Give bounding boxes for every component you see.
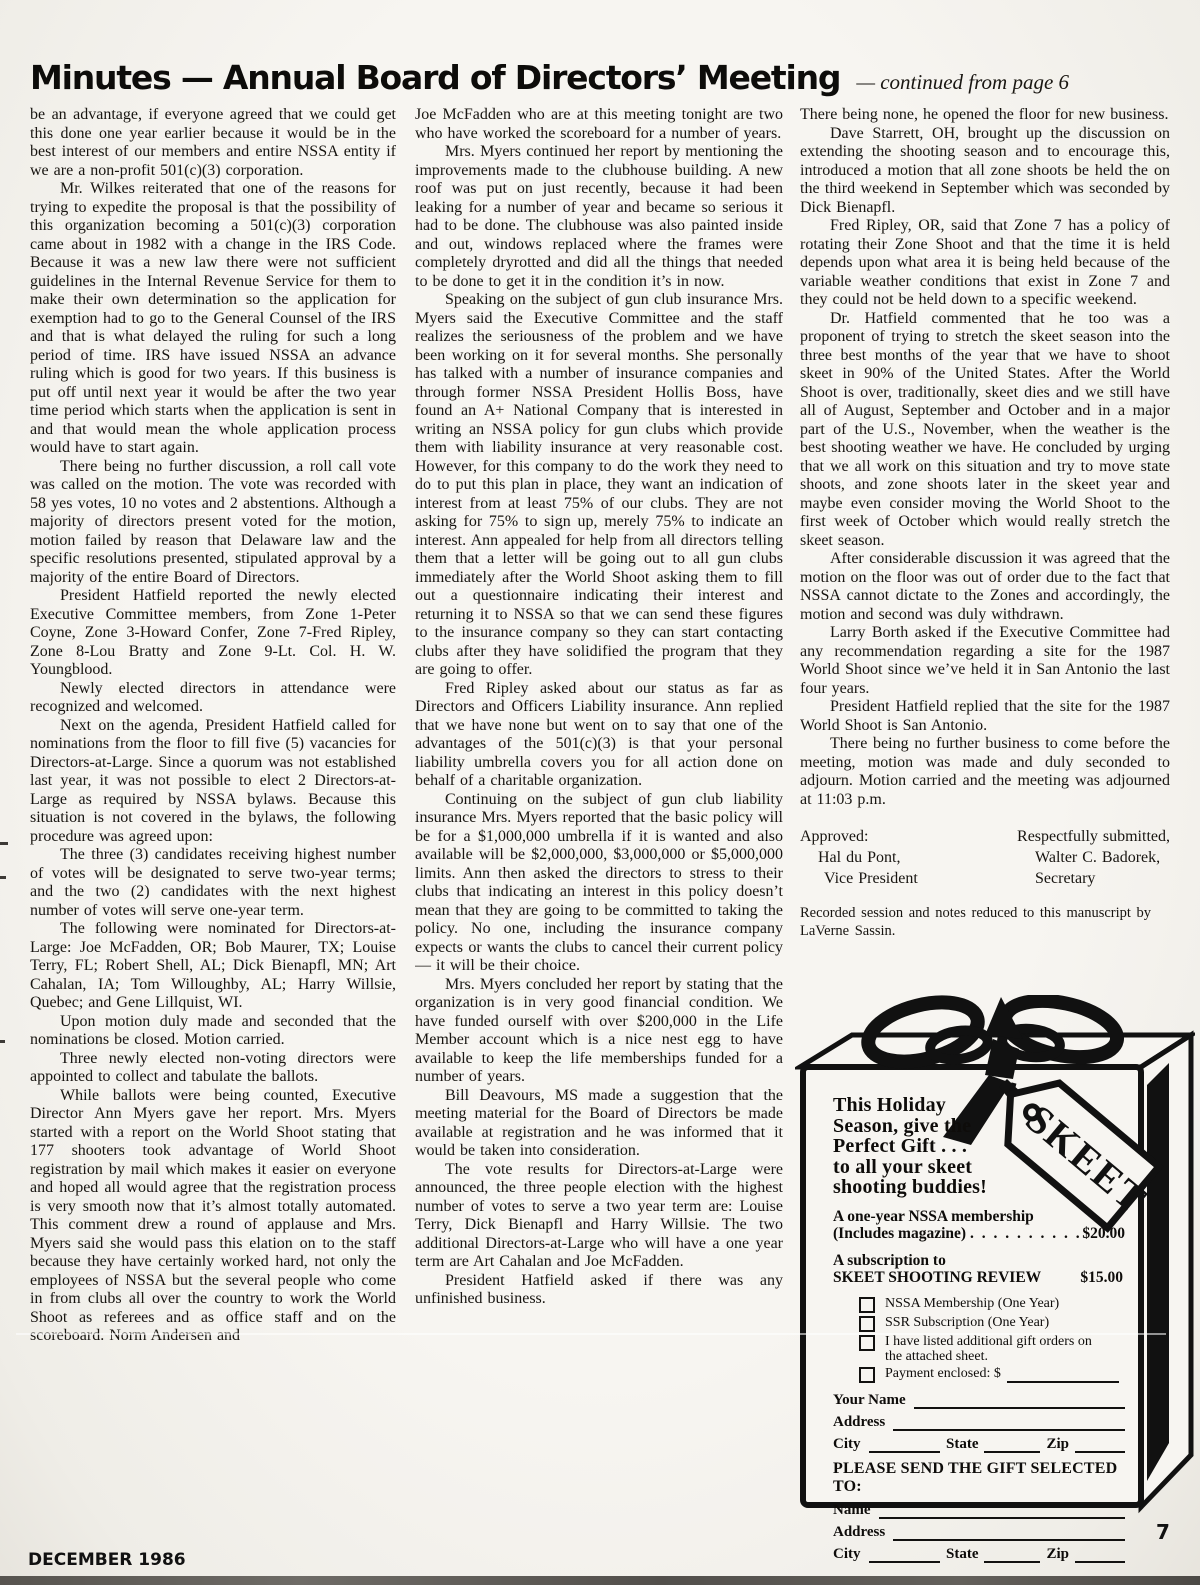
form-row: Name [833,1502,1125,1519]
dot-leader: . . . . . . . . . . . . . [966,1225,1082,1242]
zip-label: Zip [1040,1436,1075,1453]
payment-amount-line [1007,1366,1119,1383]
recipient-zip-label: Zip [1040,1546,1075,1563]
zip-line [1075,1438,1125,1453]
offer-title: A one-year NSSA membership [833,1208,1125,1225]
paragraph: While ballots were being counted, Execut… [30,1087,396,1346]
your-name-label: Your Name [833,1392,914,1409]
paragraph: Mrs. Myers concluded her report by stati… [415,976,783,1087]
form-row: Address [833,1414,1125,1431]
approved-block: Approved: Hal du Pont, Vice President [800,826,918,889]
subscription-offer: A subscription to SKEET SHOOTING REVIEW … [833,1252,1125,1286]
city-label: City [833,1436,869,1453]
paragraph: Three newly elected non-voting directors… [30,1050,396,1087]
paragraph: There being no further discussion, a rol… [30,458,396,588]
paragraph: President Hatfield replied that the site… [800,698,1170,735]
paragraph: The vote results for Directors-at-Large … [415,1161,783,1272]
form-row: Address [833,1524,1125,1541]
checkbox-icon [859,1367,875,1383]
manuscript-note: Recorded session and notes reduced to th… [800,904,1170,940]
address-label: Address [833,1414,893,1431]
column-1: be an advantage, if everyone agreed that… [30,106,396,1536]
approved-name: Hal du Pont, [800,847,918,868]
submitted-title: Secretary [1017,868,1170,889]
recipient-address-line [893,1526,1125,1541]
scan-artifact-mark [0,1040,5,1043]
headline-line: to all your skeet [833,1157,1125,1178]
paragraph: Fred Ripley, OR, said that Zone 7 has a … [800,217,1170,310]
option-row: I have listed additional gift orders on … [859,1334,1125,1364]
submitted-name: Walter C. Badorek, [1017,847,1170,868]
approved-title: Vice President [800,868,918,889]
recipient-state-label: State [940,1546,985,1563]
page-title: Minutes — Annual Board of Directors’ Mee… [30,58,840,97]
send-to-heading: PLEASE SEND THE GIFT SELECTED TO: [833,1460,1125,1496]
recipient-name-line [879,1504,1126,1519]
paragraph: The following were nominated for Directo… [30,920,396,1013]
state-line [984,1438,1040,1453]
checkbox-icon [859,1297,875,1313]
issue-date: DECEMBER 1986 [28,1550,186,1570]
scan-artifact-mark [0,876,6,879]
offer-title: A subscription to [833,1252,1125,1269]
column-3: There being none, he opened the floor fo… [800,106,1170,940]
address-line [893,1416,1125,1431]
recipient-name-label: Name [833,1502,879,1519]
offer-label: SKEET SHOOTING REVIEW [833,1269,1041,1286]
option-label: Payment enclosed: $ [885,1366,1001,1383]
option-row: SSR Subscription (One Year) [859,1315,1125,1332]
checkbox-icon [859,1316,875,1332]
continued-from-note: — continued from page 6 [856,70,1069,95]
scan-artifact-mark [0,842,8,845]
paragraph: be an advantage, if everyone agreed that… [30,106,396,180]
paragraph: Mr. Wilkes reiterated that one of the re… [30,180,396,458]
state-label: State [940,1436,985,1453]
recipient-zip-line [1075,1548,1125,1563]
recipient-state-line [984,1548,1040,1563]
paragraph: Larry Borth asked if the Executive Commi… [800,624,1170,698]
offer-price: $15.00 [1080,1269,1123,1286]
approved-label: Approved: [800,826,918,847]
paragraph: President Hatfield reported the newly el… [30,587,396,680]
your-name-line [914,1394,1125,1409]
submitted-block: Respectfully submitted, Walter C. Badore… [1017,826,1170,889]
paragraph: There being none, he opened the floor fo… [800,106,1170,125]
offer-price-row: SKEET SHOOTING REVIEW $15.00 [833,1269,1125,1286]
form-row: City State Zip [833,1436,1125,1453]
offer-price-row: (Includes magazine) . . . . . . . . . . … [833,1225,1125,1242]
page-edge-bar [0,1576,1200,1585]
masthead: Minutes — Annual Board of Directors’ Mee… [30,58,1069,97]
paragraph: Dave Starrett, OH, brought up the discus… [800,125,1170,218]
paragraph: Upon motion duly made and seconded that … [30,1013,396,1050]
paragraph: Newly elected directors in attendance we… [30,680,396,717]
paragraph: Fred Ripley asked about our status as fa… [415,680,783,791]
option-row: Payment enclosed: $ [859,1366,1125,1383]
paragraph: There being no further business to come … [800,735,1170,809]
option-label: NSSA Membership (One Year) [885,1296,1059,1313]
option-label: SSR Subscription (One Year) [885,1315,1049,1332]
paragraph: After considerable discussion it was agr… [800,550,1170,624]
paragraph: Mrs. Myers continued her report by menti… [415,143,783,291]
magazine-page: Minutes — Annual Board of Directors’ Mee… [0,0,1200,1585]
gift-box-side-stripe [1147,1063,1169,1481]
paragraph: Next on the agenda, President Hatfield c… [30,717,396,847]
paragraph: Joe McFadden who are at this meeting ton… [415,106,783,143]
form-row: Your Name [833,1392,1125,1409]
signature-block: Approved: Hal du Pont, Vice President Re… [800,826,1170,889]
paragraph: The three (3) candidates receiving highe… [30,846,396,920]
form-row: City State Zip [833,1546,1125,1563]
option-row: NSSA Membership (One Year) [859,1296,1125,1313]
order-options: NSSA Membership (One Year) SSR Subscript… [833,1296,1125,1383]
headline-line: This Holiday [833,1095,1125,1116]
scan-artifact-line [16,1333,1166,1335]
offer-label: (Includes magazine) [833,1225,966,1242]
recipient-city-line [869,1548,940,1563]
paragraph: Speaking on the subject of gun club insu… [415,291,783,680]
offer-price: $20.00 [1082,1225,1125,1242]
page-number: 7 [1156,1520,1170,1544]
order-form: Your Name Address City State Zip PLEASE … [833,1392,1125,1563]
ad-content: This Holiday Season, give the Perfect Gi… [833,1095,1125,1568]
city-line [869,1438,940,1453]
paragraph: President Hatfield asked if there was an… [415,1272,783,1309]
paragraph: Continuing on the subject of gun club li… [415,791,783,976]
membership-offer: A one-year NSSA membership (Includes mag… [833,1208,1125,1242]
paragraph: Bill Deavours, MS made a suggestion that… [415,1087,783,1161]
checkbox-icon [859,1335,875,1351]
paragraph: Dr. Hatfield commented that he too was a… [800,310,1170,551]
recipient-address-label: Address [833,1524,893,1541]
recipient-city-label: City [833,1546,869,1563]
headline-line: shooting buddies! [833,1177,1125,1198]
submitted-label: Respectfully submitted, [1017,826,1170,847]
headline-line: Season, give the [833,1116,1125,1137]
headline-line: Perfect Gift . . . [833,1136,1125,1157]
ad-headline: This Holiday Season, give the Perfect Gi… [833,1095,1125,1198]
holiday-gift-ad: SKEET This Holiday Season, give the Perf… [795,995,1195,1561]
column-2: Joe McFadden who are at this meeting ton… [415,106,783,1536]
option-label: I have listed additional gift orders on … [885,1334,1111,1364]
